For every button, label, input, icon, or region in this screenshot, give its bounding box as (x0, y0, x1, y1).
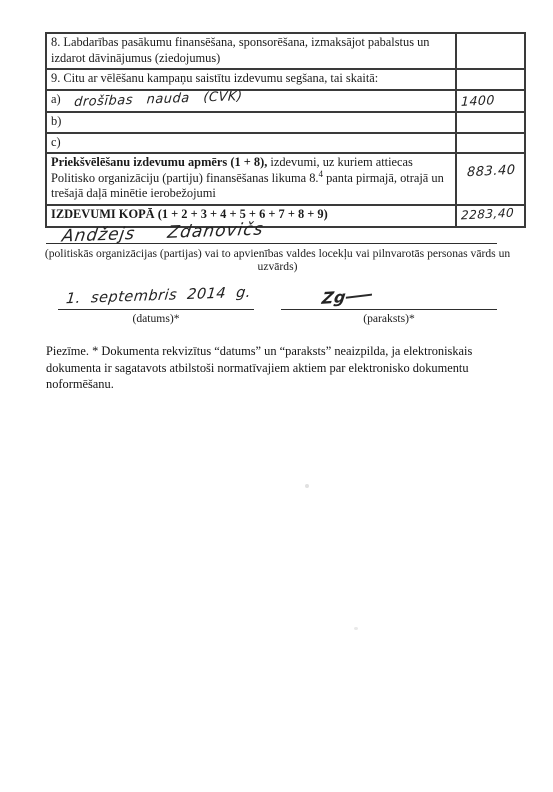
row9a-value-cell: 1400 (456, 90, 525, 113)
row9b-label: b) (51, 114, 61, 128)
scan-speck (305, 484, 309, 488)
prevote-value-cell: 883.40 (456, 153, 525, 205)
row8-label: 8. Labdarības pasākumu finansēšana, spon… (51, 35, 430, 65)
prevote-label-cell: Priekšvēlēšanu izdevumu apmērs (1 + 8), … (46, 153, 456, 205)
date-caption: (datums)* (58, 312, 254, 325)
grand-total-handwritten-value: 2283,40 (461, 205, 515, 223)
grand-total-value-cell: 2283,40 (456, 205, 525, 227)
row9c-label: c) (51, 135, 61, 149)
row9-label-cell: 9. Citu ar vēlēšanu kampaņu saistītu izd… (46, 69, 456, 90)
date-line (58, 309, 254, 310)
grand-total-label: IZDEVUMI KOPĀ (1 + 2 + 3 + 4 + 5 + 6 + 7… (51, 207, 328, 221)
footnote: Piezīme. * Dokumenta rekvizītus “datums”… (46, 343, 515, 393)
prevote-label-bold: Priekšvēlēšanu izdevumu apmērs (1 + 8), (51, 155, 267, 169)
row9c-label-cell: c) (46, 133, 456, 154)
row9a-label-cell: a) drošības nauda (CVK) (46, 90, 456, 113)
signature-initials: Zg (321, 287, 348, 308)
row9-label: 9. Citu ar vēlēšanu kampaņu saistītu izd… (51, 71, 378, 85)
table-row-9a: a) drošības nauda (CVK) 1400 (46, 90, 525, 113)
table-row-9: 9. Citu ar vēlēšanu kampaņu saistītu izd… (46, 69, 525, 90)
signature-flourish-stroke (346, 294, 372, 299)
scanned-document-page: 8. Labdarības pasākumu finansēšana, spon… (0, 0, 553, 792)
table-row-9c: c) (46, 133, 525, 154)
table-row-grand-total: IZDEVUMI KOPĀ (1 + 2 + 3 + 4 + 5 + 6 + 7… (46, 205, 525, 227)
row8-label-cell: 8. Labdarības pasākumu finansēšana, spon… (46, 33, 456, 69)
row9-value-cell (456, 69, 525, 90)
name-caption: (politiskās organizācijas (partijas) vai… (40, 247, 515, 273)
row8-value-cell (456, 33, 525, 69)
scan-speck (354, 627, 358, 630)
row9b-value-cell (456, 112, 525, 133)
handwritten-signature: Zg (321, 285, 374, 308)
row9b-label-cell: b) (46, 112, 456, 133)
name-signature-line (46, 243, 497, 244)
table-row-prevote-total: Priekšvēlēšanu izdevumu apmērs (1 + 8), … (46, 153, 525, 205)
expense-table: 8. Labdarības pasākumu finansēšana, spon… (45, 32, 526, 228)
row9a-handwritten-value: 1400 (461, 92, 495, 109)
row9a-handwritten-entry: drošības nauda (CVK) (73, 89, 242, 110)
table-row-8: 8. Labdarības pasākumu finansēšana, spon… (46, 33, 525, 69)
row9c-value-cell (456, 133, 525, 154)
table-row-9b: b) (46, 112, 525, 133)
signature-caption: (paraksts)* (281, 312, 497, 325)
handwritten-date: 1. septembris 2014 g. (65, 285, 252, 308)
row9a-label: a) (51, 92, 61, 106)
prevote-handwritten-value: 883.40 (467, 163, 516, 181)
signature-line (281, 309, 497, 310)
